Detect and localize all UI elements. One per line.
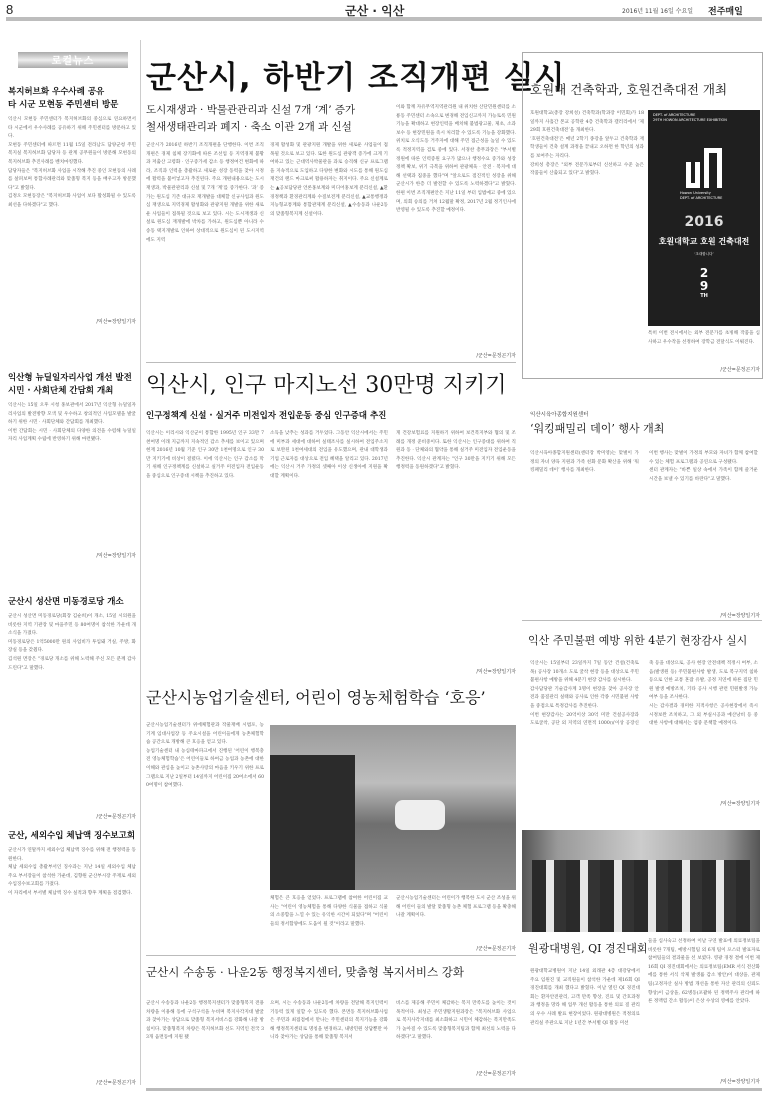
paragraph: 미동경로당은 1억5000만 원의 사업비가 투입돼 거실, 주방, 화장실 등… xyxy=(8,639,136,656)
paragraph: 김석원 면장은 "경로당 개소를 위해 노력해 주신 모든 분께 감사드린다"고… xyxy=(8,656,136,673)
poster-text: 29TH HOWON ARCHITECTURE EXHIBITION xyxy=(653,118,755,123)
iksan-subhead: 인구정책계 신설 · 실거주 미전입자 전입운동 중심 인구증대 추진 xyxy=(146,410,386,423)
byline: /익산=장양일기자 xyxy=(648,800,760,807)
poster-number: 9 xyxy=(648,280,760,293)
byline: /익산=장양일기자 xyxy=(396,668,516,675)
byline: /군산=문정곤기자 xyxy=(396,945,516,952)
byline: /군산=문정곤기자 xyxy=(8,813,136,820)
paragraph: 강희성 총장은 "외부 전문가로부터 신선하고 수준 높은 작품들이 산출되고 … xyxy=(530,162,644,179)
iksan-column-2: 소득을 낮추는 성과를 거두었다. 그동안 익산시에서는 주민에 미부과 세대에… xyxy=(270,430,388,662)
page-number: 8 xyxy=(6,2,13,17)
poster-th: TH xyxy=(648,293,760,299)
byline: /군산=문정곤기자 xyxy=(8,1079,136,1086)
main-headline: 군산시, 하반기 조직개편 실시 xyxy=(146,52,566,97)
local-news-logo: 로컬뉴스 xyxy=(18,52,128,68)
vehicle-shape xyxy=(395,800,445,830)
inspection-headline: 익산 주민불편 예방 위한 4분기 현장감사 실시 xyxy=(528,632,747,648)
section-divider xyxy=(146,955,516,956)
byline: /익산=장양일기자 xyxy=(648,1078,760,1085)
howon-headline: 호원대 건축학과, 호원건축대전 개최 xyxy=(530,80,727,98)
left-article-3: 군산시 성산면 미동경로당 개소 군산시 성산면 미동경로당(회장 김순희)이 … xyxy=(8,596,136,820)
subhead-line: 도시재생과 · 박물관관리과 신설 7개 ‘계’ 증가 xyxy=(146,102,386,119)
welfare-column-3: 비스를 제공해 주민이 체감하는 복지 만족도를 높이는 것이 목적이다. 최성… xyxy=(396,1000,516,1068)
iksan-column-1: 익산시는 이리시와 익산군이 통합한 1995년 인구 33만 7천여명 이래 … xyxy=(146,430,264,662)
section-divider xyxy=(146,362,516,363)
poster-text: DEPT. of ARCHITECTURE xyxy=(680,196,755,201)
group-people-shape xyxy=(532,860,750,932)
farm-column-3: 군산시농업기술센터는 어린이가 행복한 도시 군산 조성을 위해 어린이 들의 … xyxy=(396,895,516,945)
column-divider xyxy=(140,40,141,1085)
main-column-2: 경제 활성화 및 관광지원 개발을 위한 새로운 사업들이 접목될 것으로 보고… xyxy=(270,142,388,352)
paragraph: 시는 감사결과 경미한 지적사항은 공사현장에서 즉시 시정보완 조치하고, 그… xyxy=(649,703,758,729)
article-title: 타 시군 모현동 주민센터 방문 xyxy=(8,99,136,112)
article-title: 군산시 성산면 미동경로당 개소 xyxy=(8,596,136,609)
section-divider xyxy=(522,620,762,621)
howon-body-cont: 특히 이번 전시에서는 외부 전문가를 초빙해 작품을 심사하고 우수작을 선정… xyxy=(648,330,760,364)
poster-invite: ‘초대합니다’ xyxy=(648,252,760,257)
paragraph: 담당자들은 "복지허브화 사업을 시작해 추진 중인 모현동의 사례를 살펴보며… xyxy=(8,168,136,194)
paragraph: 호원대학교(총장 강희성) 건축학과(학과장 이민회)가 18일까지 사흘간 본… xyxy=(530,110,644,136)
farm-column-1: 군산시농업기술센터가 위에체험관과 작물재배 시범포, 농기계 임대사업장 등 … xyxy=(146,722,264,942)
wonkwang-column-2: 들을 심사숙고 선정하여 이날 구연 발표에 의료정보팀을 비롯한 7개팀, 예… xyxy=(648,938,760,1078)
poster-title: 호원대학교 호원 건축대전 xyxy=(648,236,760,247)
howon-body: 호원대학교(총장 강희성) 건축학과(학과장 이민회)가 18일까지 사흘간 본… xyxy=(530,110,644,360)
inspection-body: 익산시는 15일부터 23일까지 7일 동안 건설(건축토목) 공사장 10개소… xyxy=(530,660,758,810)
left-article-2: 익산형 뉴딜일자리사업 개선 발전 시민 · 사회단체 간담회 개최 익산시는 … xyxy=(8,372,136,559)
farm-photo xyxy=(270,725,516,890)
subhead-line: 철새생태관리과 폐지 · 축소 이관 2개 과 신설 xyxy=(146,119,386,136)
paragraph: 익산시는 15일 오후 시청 홍보관에서 2017년 익산형 뉴딜일자리사업의 … xyxy=(8,402,136,428)
paragraph: 이번 간담회는 시민 · 사회단체의 다양한 의견을 수렴해 뉴딜일자리 사업계… xyxy=(8,428,136,445)
article-title: 군산, 세외수입 체납액 징수보고회 xyxy=(8,830,136,843)
byline: /군산=문정곤기자 xyxy=(648,366,760,373)
paragraph: 모현동 주민센터에 따르면 11월 15일 전라남도 담양군청 주민복지실 복지… xyxy=(8,142,136,168)
poster-year: 2016 xyxy=(648,214,760,230)
main-column-1: 군산시가 2016년 하반기 조직개편을 단행한다. 이번 조직개편은 경제 침… xyxy=(146,142,264,352)
paragraph: 센터 관계자는 "바쁜 일상 속에서 가족이 함께 즐거운 시간을 보낼 수 있… xyxy=(649,467,758,484)
article-title: 복지허브화 우수사례 공유 xyxy=(8,86,136,99)
article-title: 시민 · 사회단체 간담회 개최 xyxy=(8,385,136,398)
left-article-4: 군산, 세외수입 체납액 징수보고회 군산시가 연말까지 세외수입 체납액 징수… xyxy=(8,830,136,1086)
paragraph: 익산시는 15일부터 23일까지 7일 동안 건설(건축토목) 공사장 10개소… xyxy=(530,660,639,686)
article-title: 익산형 뉴딜일자리사업 개선 발전 xyxy=(8,372,136,385)
footer-rule xyxy=(146,1088,762,1091)
main-subhead: 도시재생과 · 박물관관리과 신설 7개 ‘계’ 증가 철새생태관리과 폐지 ·… xyxy=(146,102,386,136)
wonkwang-headline: 원광대병원, QI 경진대회 xyxy=(528,940,648,956)
paragraph: 익산시육아종합지원센터(센터장 박미영)는 맞벌이 가정의 자녀 양육 지원과 … xyxy=(530,450,639,476)
farm-column-2: 체험은 큰 호응을 얻었다. 프로그램에 참여한 어린이집 교사는 "어린이 영… xyxy=(270,895,388,945)
walking-body: 익산시육아종합지원센터(센터장 박미영)는 맞벌이 가정의 자녀 양육 지원과 … xyxy=(530,450,758,612)
byline: /익산=장양일기자 xyxy=(8,552,136,559)
paragraph: 익산시 모현동 주민센터가 복지허브화의 중심으로 연요하면서 타 시군에서 우… xyxy=(8,116,136,142)
byline: /군산=문정곤기자 xyxy=(396,1070,516,1077)
exhibition-poster: DEPT. of ARCHITECTURE29TH HOWON ARCHITEC… xyxy=(648,110,760,326)
byline: /익산=장양일기자 xyxy=(8,318,136,325)
left-article-1: 복지허브화 우수사례 공유 타 시군 모현동 주민센터 방문 익산시 모현동 주… xyxy=(8,86,136,325)
paragraph: ‘호원건축대전’은 매년 2학기 종강을 앞두고 건축학과 재학생들이 건축 설… xyxy=(530,136,644,162)
wonkwang-group-photo xyxy=(522,830,760,932)
paragraph: 이번 행사는 맞벌이 가정의 부모와 자녀가 함께 참여할 수 있는 체험 프로… xyxy=(649,450,758,467)
paragraph: 농업기술센터 내 농심테마파크에서 진행된 ‘어린이 행복충전 영농체험학습’은… xyxy=(146,748,264,791)
walking-headline: ‘워킹패밀리 데이’ 행사 개최 xyxy=(530,420,664,436)
paragraph: 군산시 성산면 미동경로당(회장 김순희)이 개소, 15일 시의원을 비롯한 … xyxy=(8,613,136,639)
iksan-headline: 익산시, 인구 마지노선 30만명 지키기 xyxy=(146,368,507,399)
paragraph: 감사담당관 기술감사계 3명이 현장을 찾아 공사장 안전과 품질관리 실태와 … xyxy=(530,686,639,712)
newspaper-name: 전주매일 xyxy=(708,4,743,17)
paragraph: 군산시농업기술센터가 위에체험관과 작물재배 시범포, 농기계 임대사업장 등 … xyxy=(146,722,264,748)
iksan-column-3: 게 건강보험료를 지원하기 위하여 보건복지부와 협의 및 조례를 개정 준비중… xyxy=(396,430,516,662)
welfare-column-2: 으며, 시는 수송동과 나운2동에 차량을 전달해 복지인력이 기동력 있게 일… xyxy=(270,1000,388,1080)
welfare-headline: 군산시 수송동 · 나운2동 행정복지센터, 맞춤형 복지서비스 강화 xyxy=(146,964,464,980)
paragraph: 김정오 모현동장은 "복지허브화 사업이 보다 활성화될 수 있도록 최선을 다… xyxy=(8,193,136,210)
farm-headline: 군산시농업기술센터, 어린이 영농체험학습 ‘호응’ xyxy=(146,685,486,708)
paragraph: 이 자리에서 부서별 체납액 징수 실적과 향후 계획을 점검했다. xyxy=(8,890,136,899)
issue-date: 2016년 11월 16일 수요일 xyxy=(622,6,693,15)
paragraph: 체납 세외수입 총괄부서인 징수과는 지난 14일 세외수입 체납 주요 부서장… xyxy=(8,864,136,890)
main-column-3: 이와 함께 자유무역지역관리원 내 위치한 산단민원센터를 소룡동 주민센터 소… xyxy=(396,104,516,352)
paragraph: 군산시가 연말까지 세외수입 체납액 징수를 위해 전 행정력을 동원한다. xyxy=(8,847,136,864)
poster-logo-icon xyxy=(684,148,724,188)
byline: /익산=장양일기자 xyxy=(648,612,760,619)
header-rule xyxy=(6,17,762,21)
byline: /군산=문정곤기자 xyxy=(396,352,516,359)
forklift-shape xyxy=(270,755,355,890)
walking-kicker: 익산시육아종합지원센터 xyxy=(530,410,588,418)
page-header: 8 군산 · 익산 2016년 11월 16일 수요일 전주매일 xyxy=(0,0,768,22)
welfare-column-1: 군산시 수송동과 나운2동 행정복지센터가 맞춤형복지 전용차량을 이용해 동에… xyxy=(146,1000,264,1080)
wonkwang-column-1: 원광대학교병원이 지난 14일 외래관 4층 대강당에서 주요 임원진 및 교직… xyxy=(530,968,640,1078)
